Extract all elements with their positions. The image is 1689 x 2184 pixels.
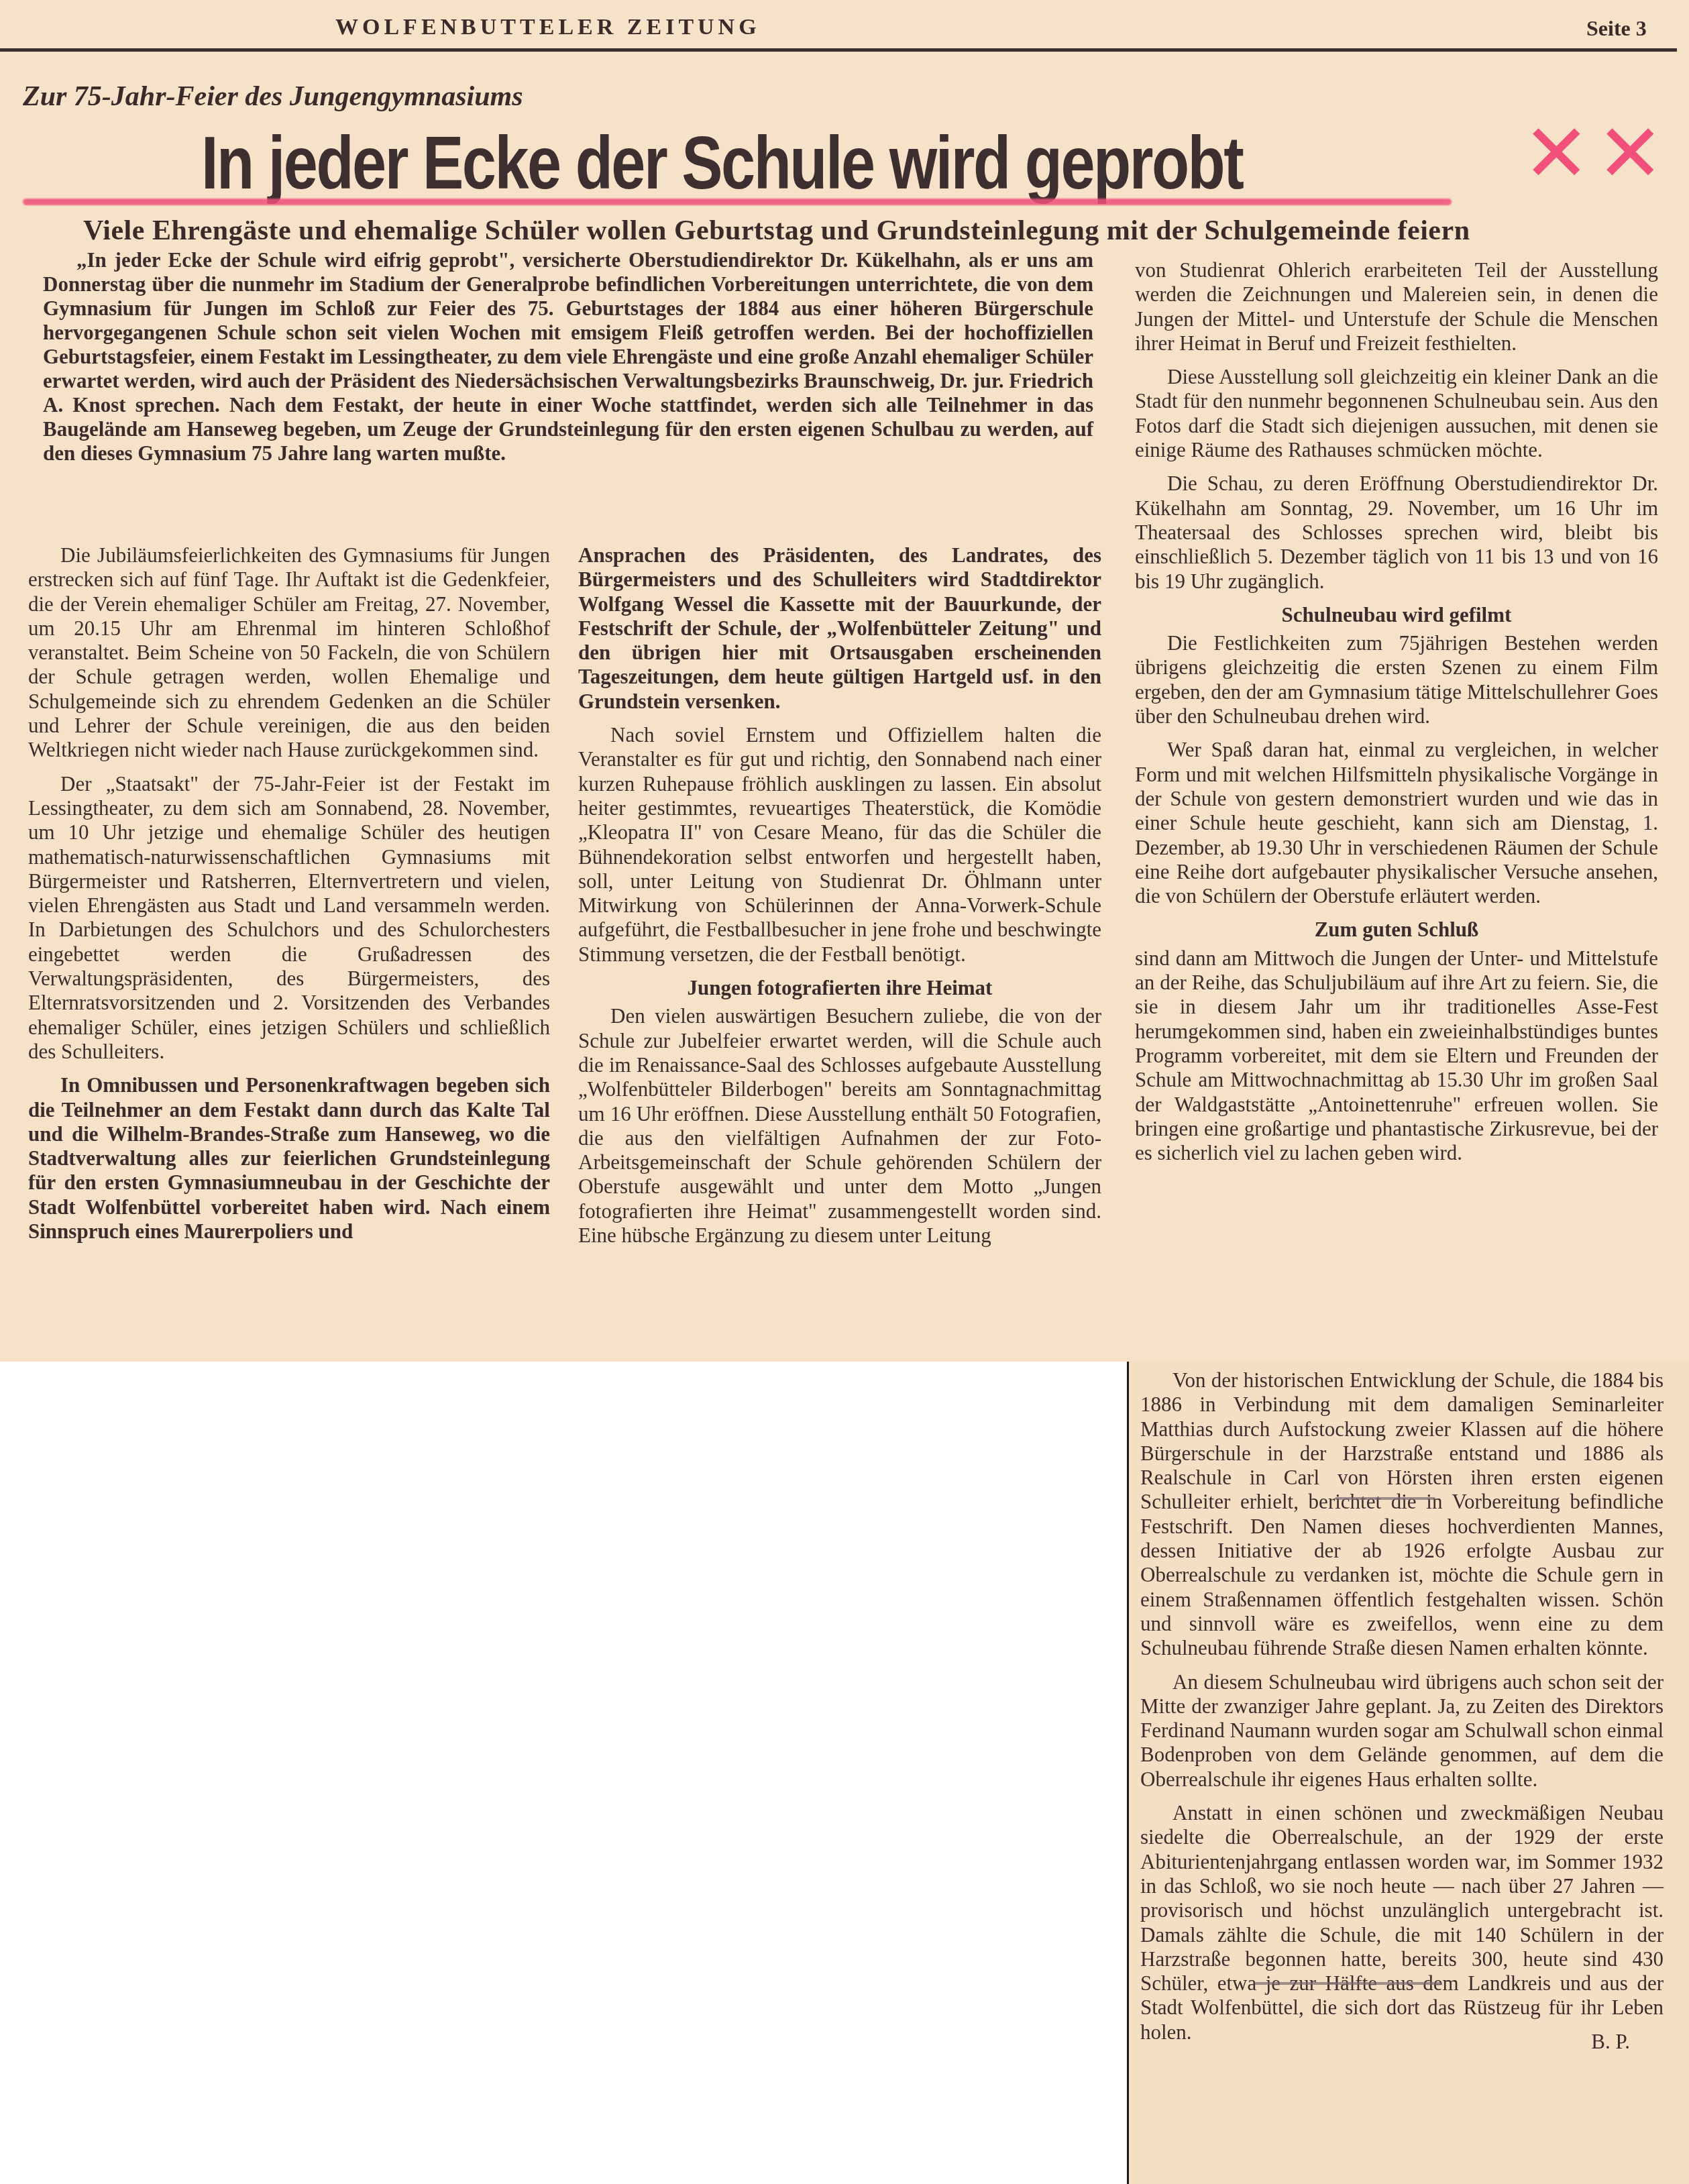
article-kicker: Zur 75-Jahr-Feier des Jungengymnasiums [23,80,523,113]
author-signature: B. P. [1140,2030,1664,2054]
paragraph: Nach soviel Ernstem und Offiziellem halt… [578,723,1101,967]
paragraph: von Studienrat Ohlerich erarbeiteten Tei… [1135,258,1658,356]
paragraph: Die Schau, zu deren Eröffnung Oberstudie… [1135,472,1658,593]
paragraph: Die Jubiläumsfeierlichkeiten des Gymnasi… [28,543,550,763]
newspaper-name: WOLFENBUTTELER ZEITUNG [335,15,761,40]
red-x-mark-icon: ✕ [1596,107,1664,201]
article-column-1: Die Jubiläumsfeierlichkeiten des Gymnasi… [28,543,550,1253]
paragraph: Anstatt in einen schönen und zweckmäßige… [1140,1801,1664,2044]
article-subheadline: Viele Ehrengäste und ehemalige Schüler w… [83,215,1470,247]
paragraph: Den vielen auswärtigen Besuchern zuliebe… [578,1004,1101,1248]
section-heading: Schulneubau wird gefilmt [1135,603,1658,627]
paragraph: Von der historischen Entwicklung der Sch… [1140,1368,1664,1661]
article-lead-paragraph: „In jeder Ecke der Schule wird eifrig ge… [43,248,1093,466]
page-number: Seite 3 [1586,16,1647,41]
section-heading: Jungen fotografierten ihre Heimat [578,976,1101,1000]
article-column-2: Ansprachen des Präsidenten, des Landrate… [578,543,1101,1257]
paragraph: In Omnibussen und Personenkraftwagen beg… [28,1073,550,1244]
masthead-rule [0,48,1677,52]
pencil-underline-sommer-1932 [1254,1982,1442,1985]
paragraph: Ansprachen des Präsidenten, des Landrate… [578,543,1101,714]
masthead: WOLFENBUTTELER ZEITUNG Seite 3 [0,12,1689,52]
paragraph: Der „Staatsakt" der 75-Jahr-Feier ist de… [28,772,550,1064]
article-column-3: von Studienrat Ohlerich erarbeiteten Tei… [1135,258,1658,1175]
paragraph: An diesem Schulneubau wird übrigens auch… [1140,1670,1664,1792]
paragraph: Wer Spaß daran hat, einmal zu vergleiche… [1135,738,1658,908]
article-headline: In jeder Ecke der Schule wird geprobt [201,119,1242,206]
article-continuation-column: Von der historischen Entwicklung der Sch… [1140,1368,1664,2054]
paragraph: sind dann am Mittwoch die Jungen der Unt… [1135,946,1658,1166]
pencil-underline-carl-von-hoersten [1335,1497,1435,1500]
red-x-mark-icon: ✕ [1523,107,1590,201]
paragraph: Die Festlichkeiten zum 75jährigen Besteh… [1135,631,1658,728]
red-pencil-underline [23,199,1452,205]
section-heading: Zum guten Schluß [1135,918,1658,942]
paragraph: Diese Ausstellung soll gleichzeitig ein … [1135,365,1658,462]
